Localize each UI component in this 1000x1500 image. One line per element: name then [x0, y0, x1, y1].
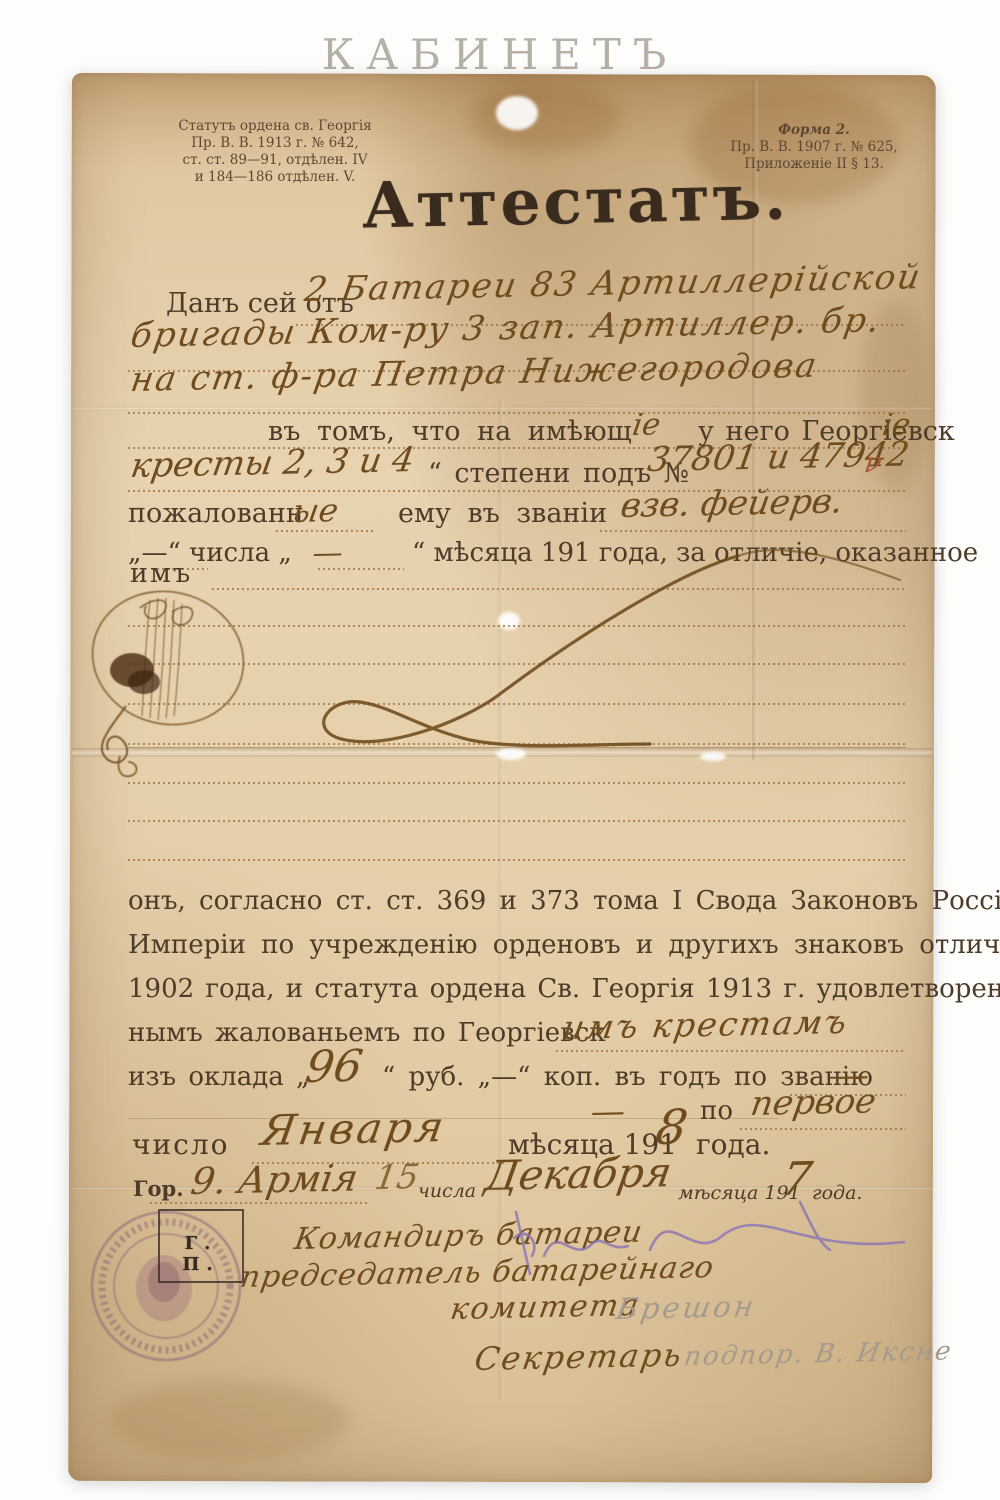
crosses-salary-handwriting: имъ крестамъ — [560, 1002, 851, 1047]
awarded-ending-handwriting: ые — [290, 491, 341, 530]
from-label: по — [700, 1096, 733, 1126]
square-stamp-label: Г. П. — [160, 1233, 242, 1275]
awarded-clause: пожалованн — [128, 498, 304, 529]
paper-tear — [496, 96, 538, 130]
rank-handwriting: взв. фейерв. — [618, 481, 846, 526]
day-handwriting: 15 — [372, 1157, 422, 1198]
dotted-rule — [128, 859, 906, 861]
date-number-label: число — [132, 1128, 230, 1161]
from-handwriting: первое — [748, 1081, 879, 1124]
pay-clause-a: изъ оклада „ — [128, 1062, 309, 1092]
secretary-label-handwriting: Секретарь — [472, 1336, 686, 1378]
ink-ornament — [80, 578, 255, 783]
law-paragraph-line: 1902 года, и статута ордена Св. Георгія … — [128, 974, 1000, 1004]
form-note-line: Пр. В. В. 1907 г. № 625, — [700, 139, 928, 156]
secretary-pencil-signature: подпор. В. Иксне — [682, 1336, 955, 1372]
auction-watermark-title: КАБИНЕТЪ — [0, 30, 1000, 79]
dotted-rule — [276, 530, 376, 532]
paper-stain — [110, 1380, 350, 1460]
dotted-rule — [128, 412, 906, 414]
law-paragraph-line: Имперіи по учрежденію орденовъ и другихъ… — [128, 930, 1000, 960]
ending-handwriting: іе — [630, 407, 663, 443]
day-label: числа — [418, 1180, 476, 1202]
crosses-handwriting: кресты 2, 3 и 4 — [128, 440, 417, 486]
law-paragraph-line: онъ, согласно ст. ст. 369 и 373 тома I С… — [128, 886, 1000, 916]
salary-clause: нымъ жалованьемъ по Георгіевск — [128, 1018, 606, 1048]
committee-label-handwriting: комитета — [448, 1288, 643, 1327]
form-note-line: Форма 2. — [700, 122, 928, 139]
dash-handwriting: — — [588, 1091, 628, 1132]
rank-clause: ему въ званіи — [398, 498, 607, 529]
pay-amount-handwriting: 96 — [302, 1041, 366, 1093]
dotted-rule — [128, 820, 906, 822]
dotted-rule — [556, 1050, 906, 1052]
document-title: Аттестатъ. — [361, 160, 789, 243]
chairman-pencil-signature: Брешон — [614, 1289, 759, 1326]
statute-note-line: Пр. В. В. 1913 г. № 642, — [152, 135, 398, 152]
statute-note-line: Статутъ ордена св. Георгія — [152, 118, 398, 135]
paper-stain — [470, 82, 620, 152]
year-suffix: года. — [696, 1128, 770, 1161]
month-handwriting: Января — [258, 1102, 450, 1155]
cancellation-stroke — [260, 538, 940, 758]
statute-note-line: ст. ст. 89—91, отдѣлен. IV — [152, 152, 398, 169]
square-stamp-box: Г. П. — [158, 1209, 244, 1283]
photo-background: КАБИНЕТЪ АУКЦИОННЫЙ ДОМ Статутъ ордена с… — [0, 0, 1000, 1500]
dotted-rule — [600, 530, 906, 532]
